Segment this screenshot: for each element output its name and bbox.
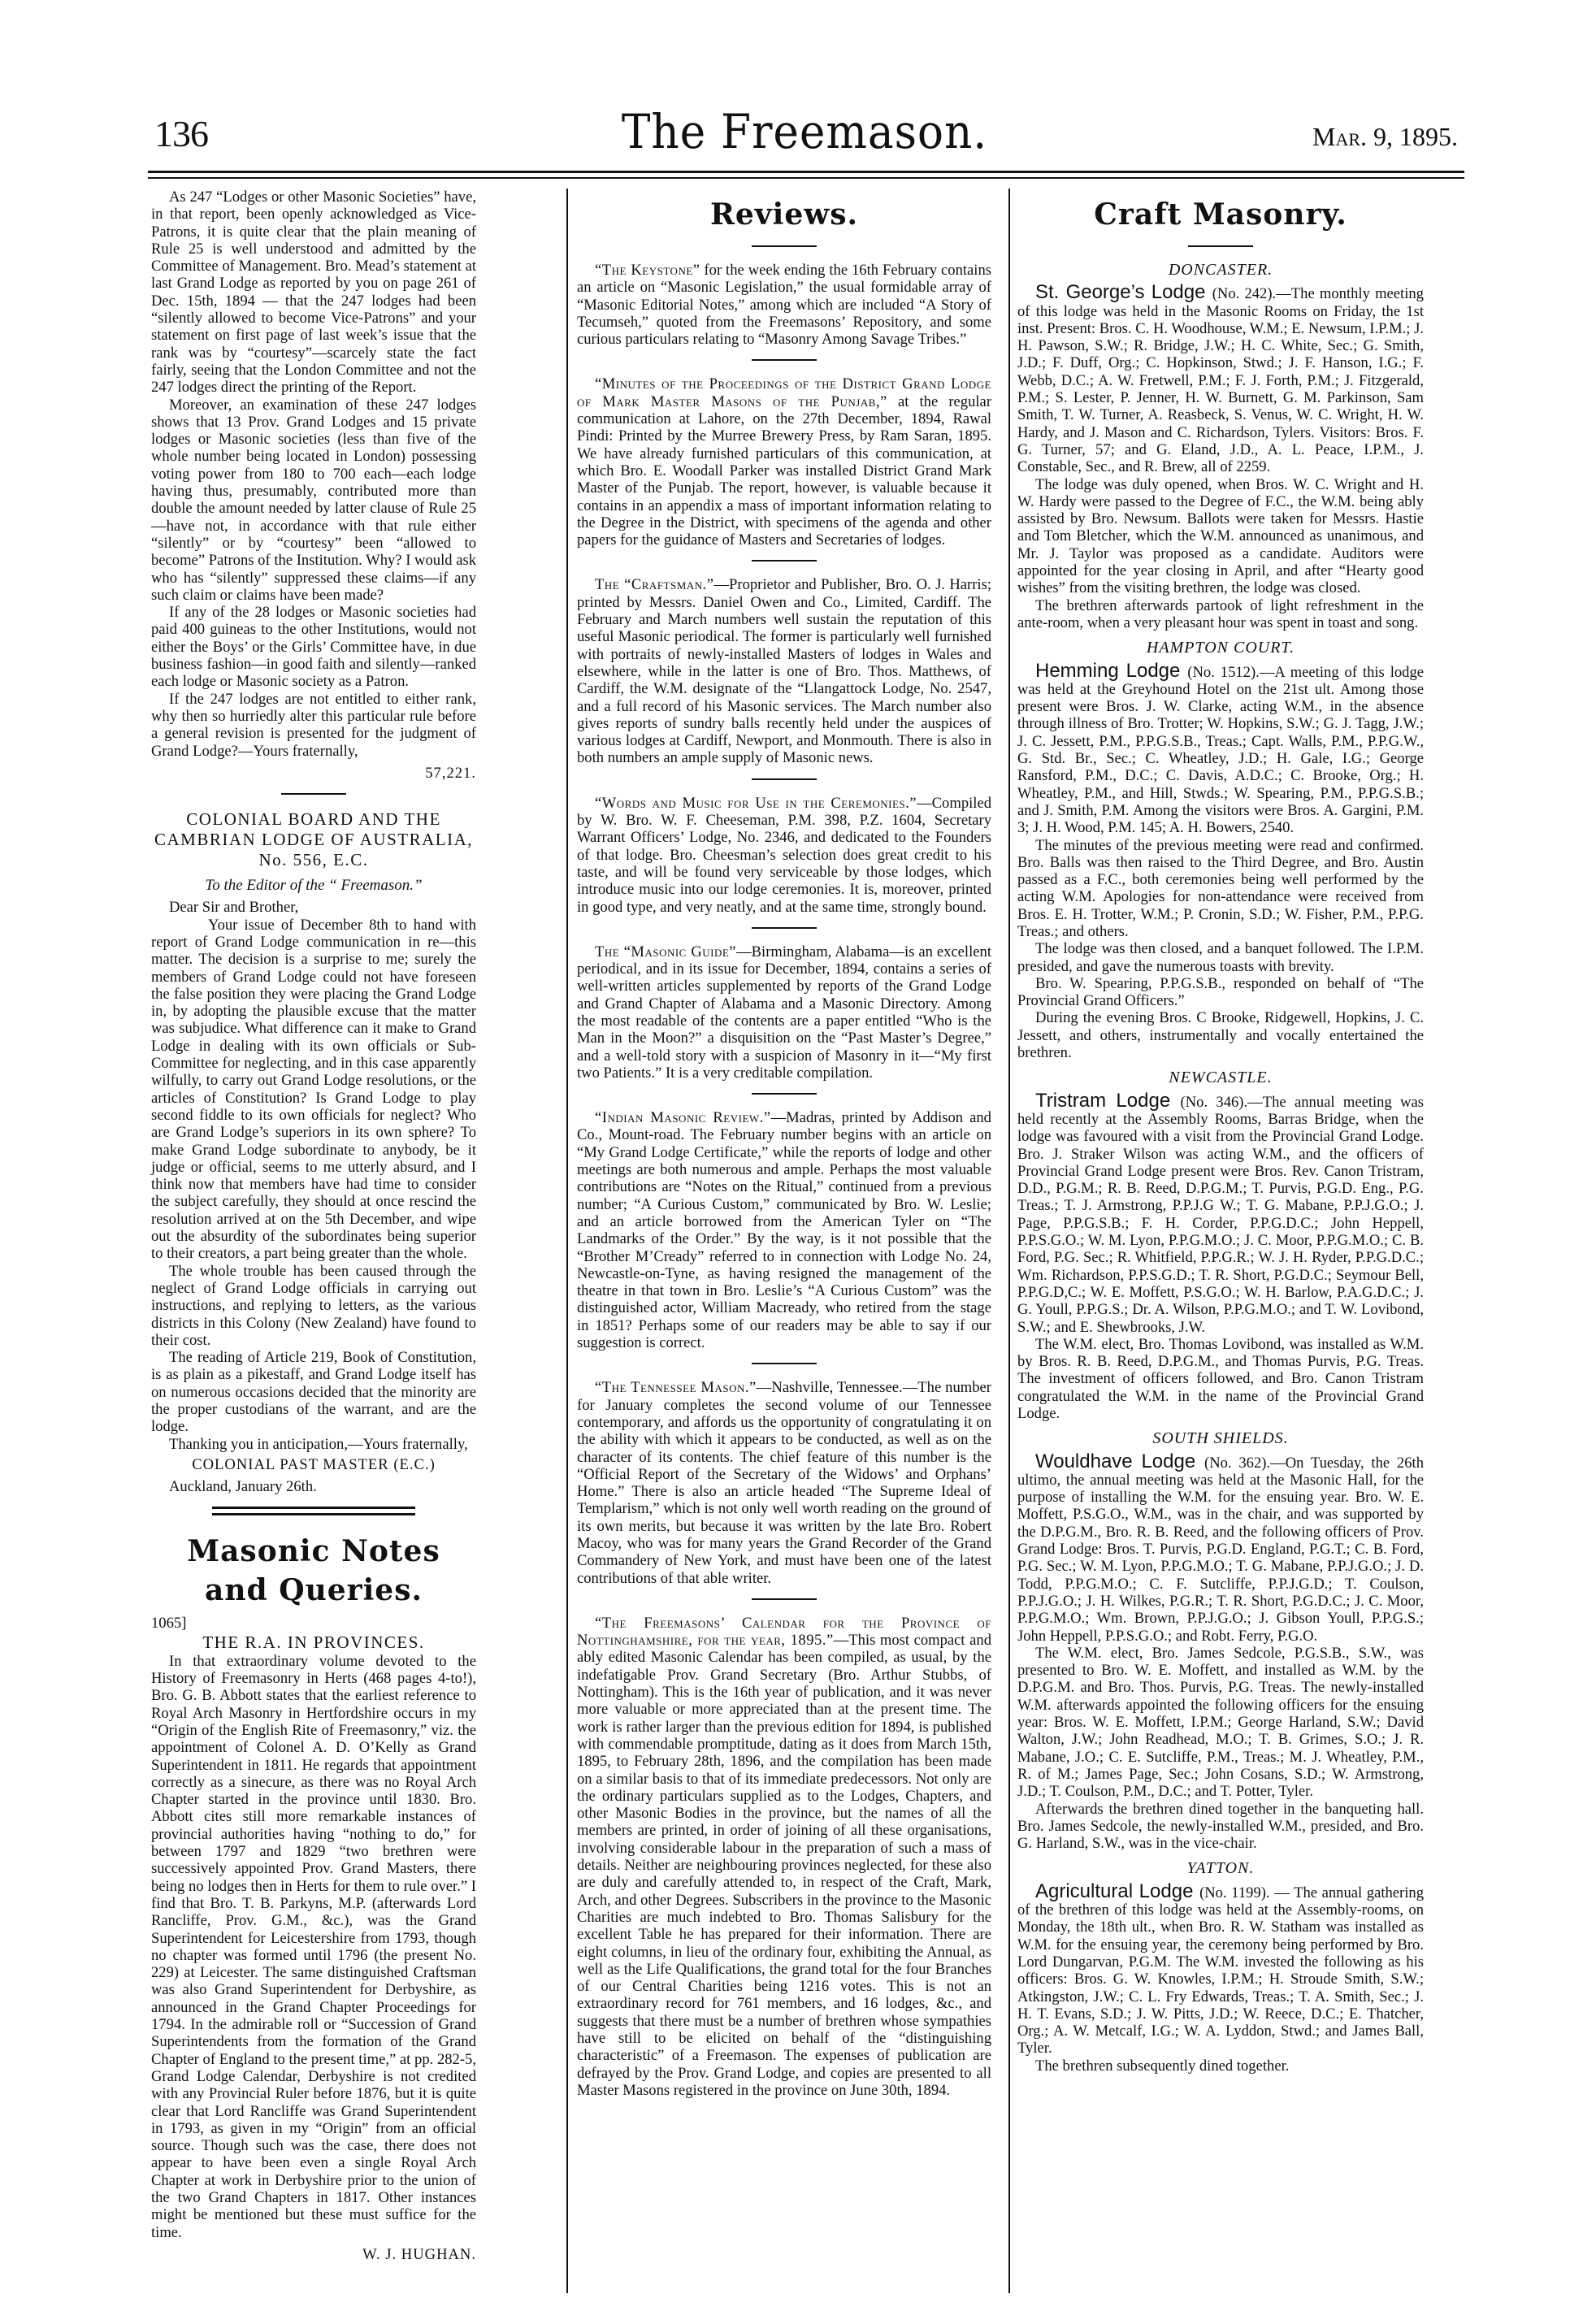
report-text: — The annual gathering of the brethren o… bbox=[1017, 1884, 1424, 2057]
section-title: Craft Masonry. bbox=[1017, 195, 1424, 234]
article-subheading: To the Editor of the “ Freemason.” bbox=[151, 877, 476, 894]
report-text: The minutes of the previous meeting were… bbox=[1017, 837, 1424, 940]
review-item: “The Keystone” for the week ending the 1… bbox=[577, 262, 991, 348]
report-text: —A meeting of this lodge was held at the… bbox=[1017, 664, 1424, 837]
paragraph: Moreover, an examination of these 247 lo… bbox=[151, 397, 476, 605]
report-paragraph: Afterwards the brethren dined together i… bbox=[1017, 1801, 1424, 1853]
lodge-name: Hemming Lodge bbox=[1035, 660, 1187, 682]
report-text: The brethren afterwards partook of light… bbox=[1017, 597, 1424, 631]
review-text: —Compiled by W. Bro. W. F. Cheeseman, P.… bbox=[577, 795, 991, 916]
review-text: —Nashville, Tennessee.—The number for Ja… bbox=[577, 1379, 991, 1586]
review-item: “Words and Music for Use in the Ceremoni… bbox=[577, 795, 991, 916]
paragraph: The reading of Article 219, Book of Cons… bbox=[151, 1349, 476, 1435]
review-item: “The Tennessee Mason.”—Nashville, Tennes… bbox=[577, 1379, 991, 1587]
report-text: The W.M. elect, Bro. Thomas Lovibond, wa… bbox=[1017, 1336, 1424, 1422]
right-column: Craft Masonry. DONCASTER.St. George’s Lo… bbox=[1017, 189, 1424, 2075]
report-paragraph: The lodge was then closed, and a banquet… bbox=[1017, 940, 1424, 975]
issue-date: Mar. 9, 1895. bbox=[1312, 122, 1458, 152]
review-text: —This most compact and ably edited Mason… bbox=[577, 1632, 991, 2099]
paragraph: Your issue of December 8th to hand with … bbox=[151, 917, 476, 1263]
report-paragraph: Hemming Lodge (No. 1512).—A meeting of t… bbox=[1017, 662, 1424, 837]
notes-and-queries: Masonic Notes and Queries. 1065] THE R.A… bbox=[151, 1532, 476, 2263]
publication-title: The Freemason. bbox=[199, 104, 1410, 159]
lodge-name: Wouldhave Lodge bbox=[1035, 1450, 1204, 1472]
review-title: The “Masonic Guide” bbox=[595, 943, 736, 960]
location-heading: SOUTH SHIELDS. bbox=[1017, 1430, 1424, 1447]
review-divider bbox=[752, 778, 817, 780]
article-heading: THE R.A. IN PROVINCES. bbox=[151, 1632, 476, 1653]
location-heading: NEWCASTLE. bbox=[1017, 1069, 1424, 1086]
middle-column: Reviews. “The Keystone” for the week end… bbox=[577, 189, 991, 2099]
article-heading: COLONIAL BOARD AND THE CAMBRIAN LODGE OF… bbox=[151, 809, 476, 870]
report-paragraph: Tristram Lodge (No. 346).—The annual mee… bbox=[1017, 1092, 1424, 1336]
section-divider bbox=[281, 793, 346, 795]
review-divider bbox=[752, 1598, 817, 1600]
lodge-number: (No. 1512). bbox=[1187, 664, 1260, 681]
review-text: —Madras, printed by Addison and Co., Mou… bbox=[577, 1109, 991, 1351]
section-divider bbox=[752, 245, 817, 247]
lodge-name: St. George’s Lodge bbox=[1035, 281, 1212, 303]
report-text: The brethren subsequently dined together… bbox=[1035, 2057, 1289, 2075]
location-heading: HAMPTON COURT. bbox=[1017, 640, 1424, 657]
review-title: “The Tennessee Mason.” bbox=[595, 1379, 757, 1396]
review-item: The “Craftsman.”—Proprietor and Publishe… bbox=[577, 576, 991, 766]
report-paragraph: Wouldhave Lodge (No. 362).—On Tuesday, t… bbox=[1017, 1453, 1424, 1645]
paragraph: In that extraordinary volume devoted to … bbox=[151, 1653, 476, 2241]
signature: W. J. HUGHAN. bbox=[151, 2246, 476, 2263]
report-paragraph: The brethren subsequently dined together… bbox=[1017, 2057, 1424, 2075]
column-divider bbox=[1008, 189, 1010, 2293]
paragraph: As 247 “Lodges or other Masonic Societie… bbox=[151, 189, 476, 397]
section-divider bbox=[1188, 245, 1253, 247]
review-text: at the regular communication at Lahore, … bbox=[577, 393, 991, 548]
paragraph: The whole trouble has been caused throug… bbox=[151, 1263, 476, 1349]
lodge-name: Agricultural Lodge bbox=[1035, 1880, 1199, 1902]
review-title: “Indian Masonic Review.” bbox=[595, 1109, 771, 1126]
report-paragraph: Agricultural Lodge (No. 1199). — The ann… bbox=[1017, 1883, 1424, 2057]
review-divider bbox=[752, 1363, 817, 1364]
section-title: Reviews. bbox=[577, 195, 991, 234]
review-title: “The Keystone” bbox=[595, 262, 700, 279]
review-divider bbox=[752, 359, 817, 361]
review-title: “Words and Music for Use in the Ceremoni… bbox=[595, 795, 917, 812]
masthead-rule bbox=[148, 171, 1464, 173]
report-paragraph: The minutes of the previous meeting were… bbox=[1017, 837, 1424, 941]
paragraph: If the 247 lodges are not entitled to ei… bbox=[151, 691, 476, 760]
review-title: The “Craftsman.” bbox=[595, 576, 713, 593]
report-text: —The annual meeting was held recently at… bbox=[1017, 1094, 1424, 1336]
review-item: The “Masonic Guide”—Birmingham, Alabama—… bbox=[577, 943, 991, 1082]
left-column: As 247 “Lodges or other Masonic Societie… bbox=[151, 189, 476, 2263]
paragraph: Thanking you in anticipation,—Yours frat… bbox=[151, 1436, 476, 1453]
report-text: —The monthly meeting of this lodge was h… bbox=[1017, 285, 1424, 475]
section-divider bbox=[212, 1507, 415, 1509]
review-item: “The Freemasons’ Calendar for the Provin… bbox=[577, 1615, 991, 2099]
paragraph: If any of the 28 lodges or Masonic socie… bbox=[151, 604, 476, 690]
column-divider bbox=[566, 189, 568, 2293]
dateline: Auckland, January 26th. bbox=[151, 1478, 476, 1495]
signature: 57,221. bbox=[151, 765, 476, 782]
lodge-number: (No. 346). bbox=[1181, 1094, 1248, 1111]
review-divider bbox=[752, 560, 817, 561]
review-item: “Minutes of the Proceedings of the Distr… bbox=[577, 375, 991, 548]
colonial-letter: COLONIAL BOARD AND THE CAMBRIAN LODGE OF… bbox=[151, 809, 476, 1495]
review-text: —Proprietor and Publisher, Bro. O. J. Ha… bbox=[577, 576, 991, 766]
lodge-number: (No. 1199). bbox=[1199, 1884, 1270, 1901]
report-paragraph: Bro. W. Spearing, P.P.G.S.B., responded … bbox=[1017, 975, 1424, 1010]
masthead: 136 The Freemason. Mar. 9, 1895. bbox=[146, 96, 1463, 177]
lodge-name: Tristram Lodge bbox=[1035, 1090, 1181, 1112]
report-text: The lodge was duly opened, when Bros. W.… bbox=[1017, 476, 1424, 597]
report-paragraph: The W.M. elect, Bro. James Sedcole, P.G.… bbox=[1017, 1645, 1424, 1801]
lodge-reports: DONCASTER.St. George’s Lodge (No. 242).—… bbox=[1017, 262, 1424, 2075]
signature: COLONIAL PAST MASTER (E.C.) bbox=[151, 1456, 476, 1473]
report-text: —On Tuesday, the 26th ultimo, the annual… bbox=[1017, 1455, 1424, 1645]
report-text: Afterwards the brethren dined together i… bbox=[1017, 1801, 1424, 1853]
report-text: During the evening Bros. C Brooke, Ridge… bbox=[1017, 1009, 1424, 1061]
masthead-rule-thin bbox=[148, 177, 1464, 179]
reviews-list: “The Keystone” for the week ending the 1… bbox=[577, 262, 991, 2099]
review-divider bbox=[752, 1093, 817, 1095]
report-text: The lodge was then closed, and a banquet… bbox=[1017, 940, 1424, 974]
lodge-number: (No. 242). bbox=[1212, 285, 1277, 302]
report-paragraph: St. George’s Lodge (No. 242).—The monthl… bbox=[1017, 284, 1424, 475]
review-divider bbox=[752, 927, 817, 929]
letter-continuation: As 247 “Lodges or other Masonic Societie… bbox=[151, 189, 476, 782]
location-heading: DONCASTER. bbox=[1017, 262, 1424, 279]
note-number: 1065] bbox=[151, 1615, 476, 1632]
report-paragraph: The lodge was duly opened, when Bros. W.… bbox=[1017, 476, 1424, 597]
location-heading: YATTON. bbox=[1017, 1860, 1424, 1877]
salutation: Dear Sir and Brother, bbox=[151, 899, 476, 916]
report-text: Bro. W. Spearing, P.P.G.S.B., responded … bbox=[1017, 975, 1424, 1009]
lodge-number: (No. 362). bbox=[1204, 1455, 1270, 1472]
report-paragraph: The W.M. elect, Bro. Thomas Lovibond, wa… bbox=[1017, 1336, 1424, 1422]
report-text: The W.M. elect, Bro. James Sedcole, P.G.… bbox=[1017, 1645, 1424, 1800]
review-item: “Indian Masonic Review.”—Madras, printed… bbox=[577, 1109, 991, 1351]
review-text: —Birmingham, Alabama—is an excellent per… bbox=[577, 943, 991, 1082]
section-title: Masonic Notes and Queries. bbox=[151, 1532, 476, 1610]
report-paragraph: The brethren afterwards partook of light… bbox=[1017, 597, 1424, 632]
report-paragraph: During the evening Bros. C Brooke, Ridge… bbox=[1017, 1009, 1424, 1061]
